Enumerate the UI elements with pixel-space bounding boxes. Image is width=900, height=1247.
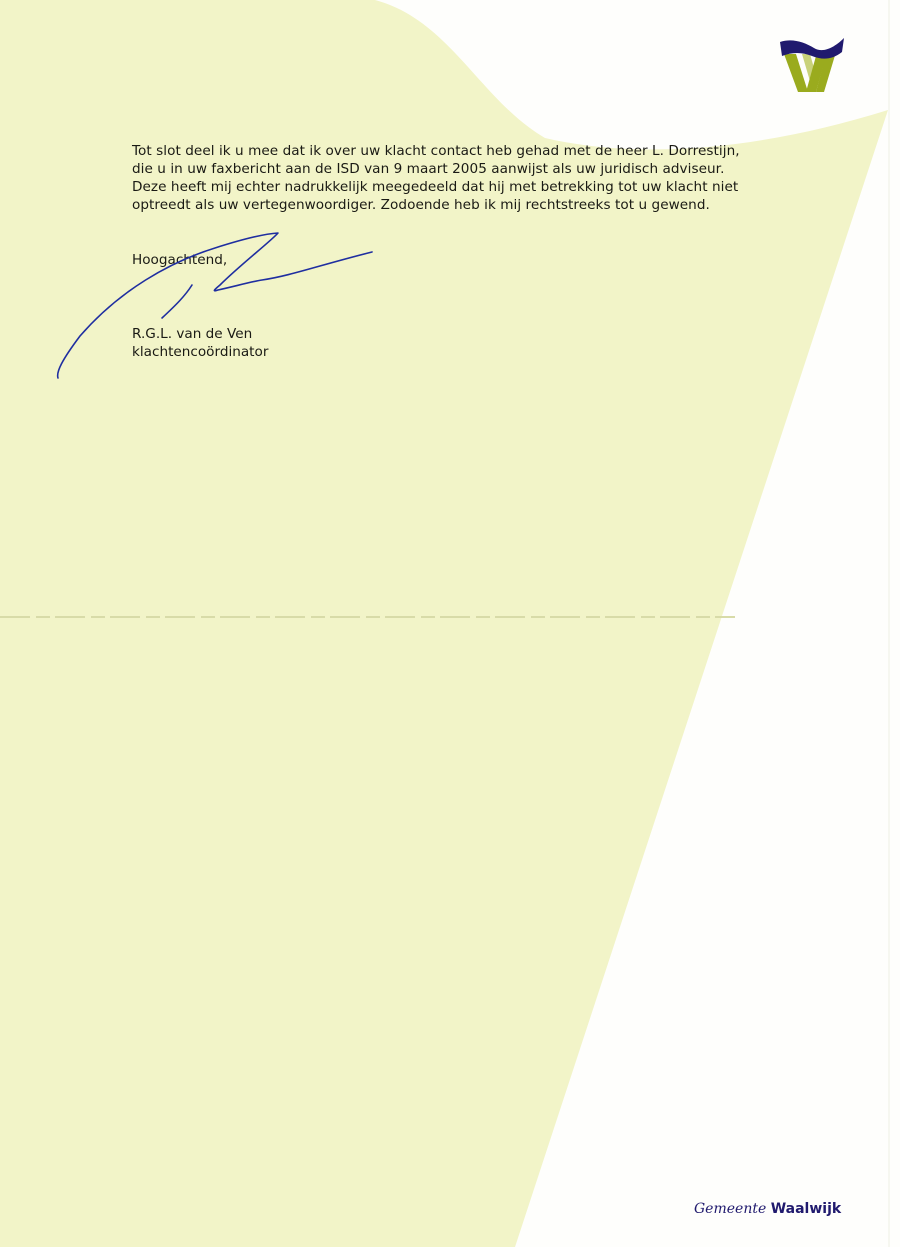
- body-line: die u in uw faxbericht aan de ISD van 9 …: [132, 160, 832, 178]
- body-line: Deze heeft mij echter nadrukkelijk meege…: [132, 178, 832, 196]
- footer-prefix: Gemeente: [694, 1201, 766, 1217]
- footer-name: Waalwijk: [771, 1201, 841, 1217]
- waalwijk-logo-icon: [778, 36, 848, 94]
- footer-brand: Gemeente Waalwijk: [694, 1201, 841, 1217]
- signer-title: klachtencoördinator: [132, 343, 268, 361]
- closing-salutation: Hoogachtend,: [132, 252, 227, 268]
- letter-body: Tot slot deel ik u mee dat ik over uw kl…: [132, 142, 832, 214]
- body-line: optreedt als uw vertegenwoordiger. Zodoe…: [132, 196, 832, 214]
- signer-name: R.G.L. van de Ven: [132, 325, 268, 343]
- body-line: Tot slot deel ik u mee dat ik over uw kl…: [132, 142, 832, 160]
- signer-block: R.G.L. van de Ven klachtencoördinator: [132, 325, 268, 361]
